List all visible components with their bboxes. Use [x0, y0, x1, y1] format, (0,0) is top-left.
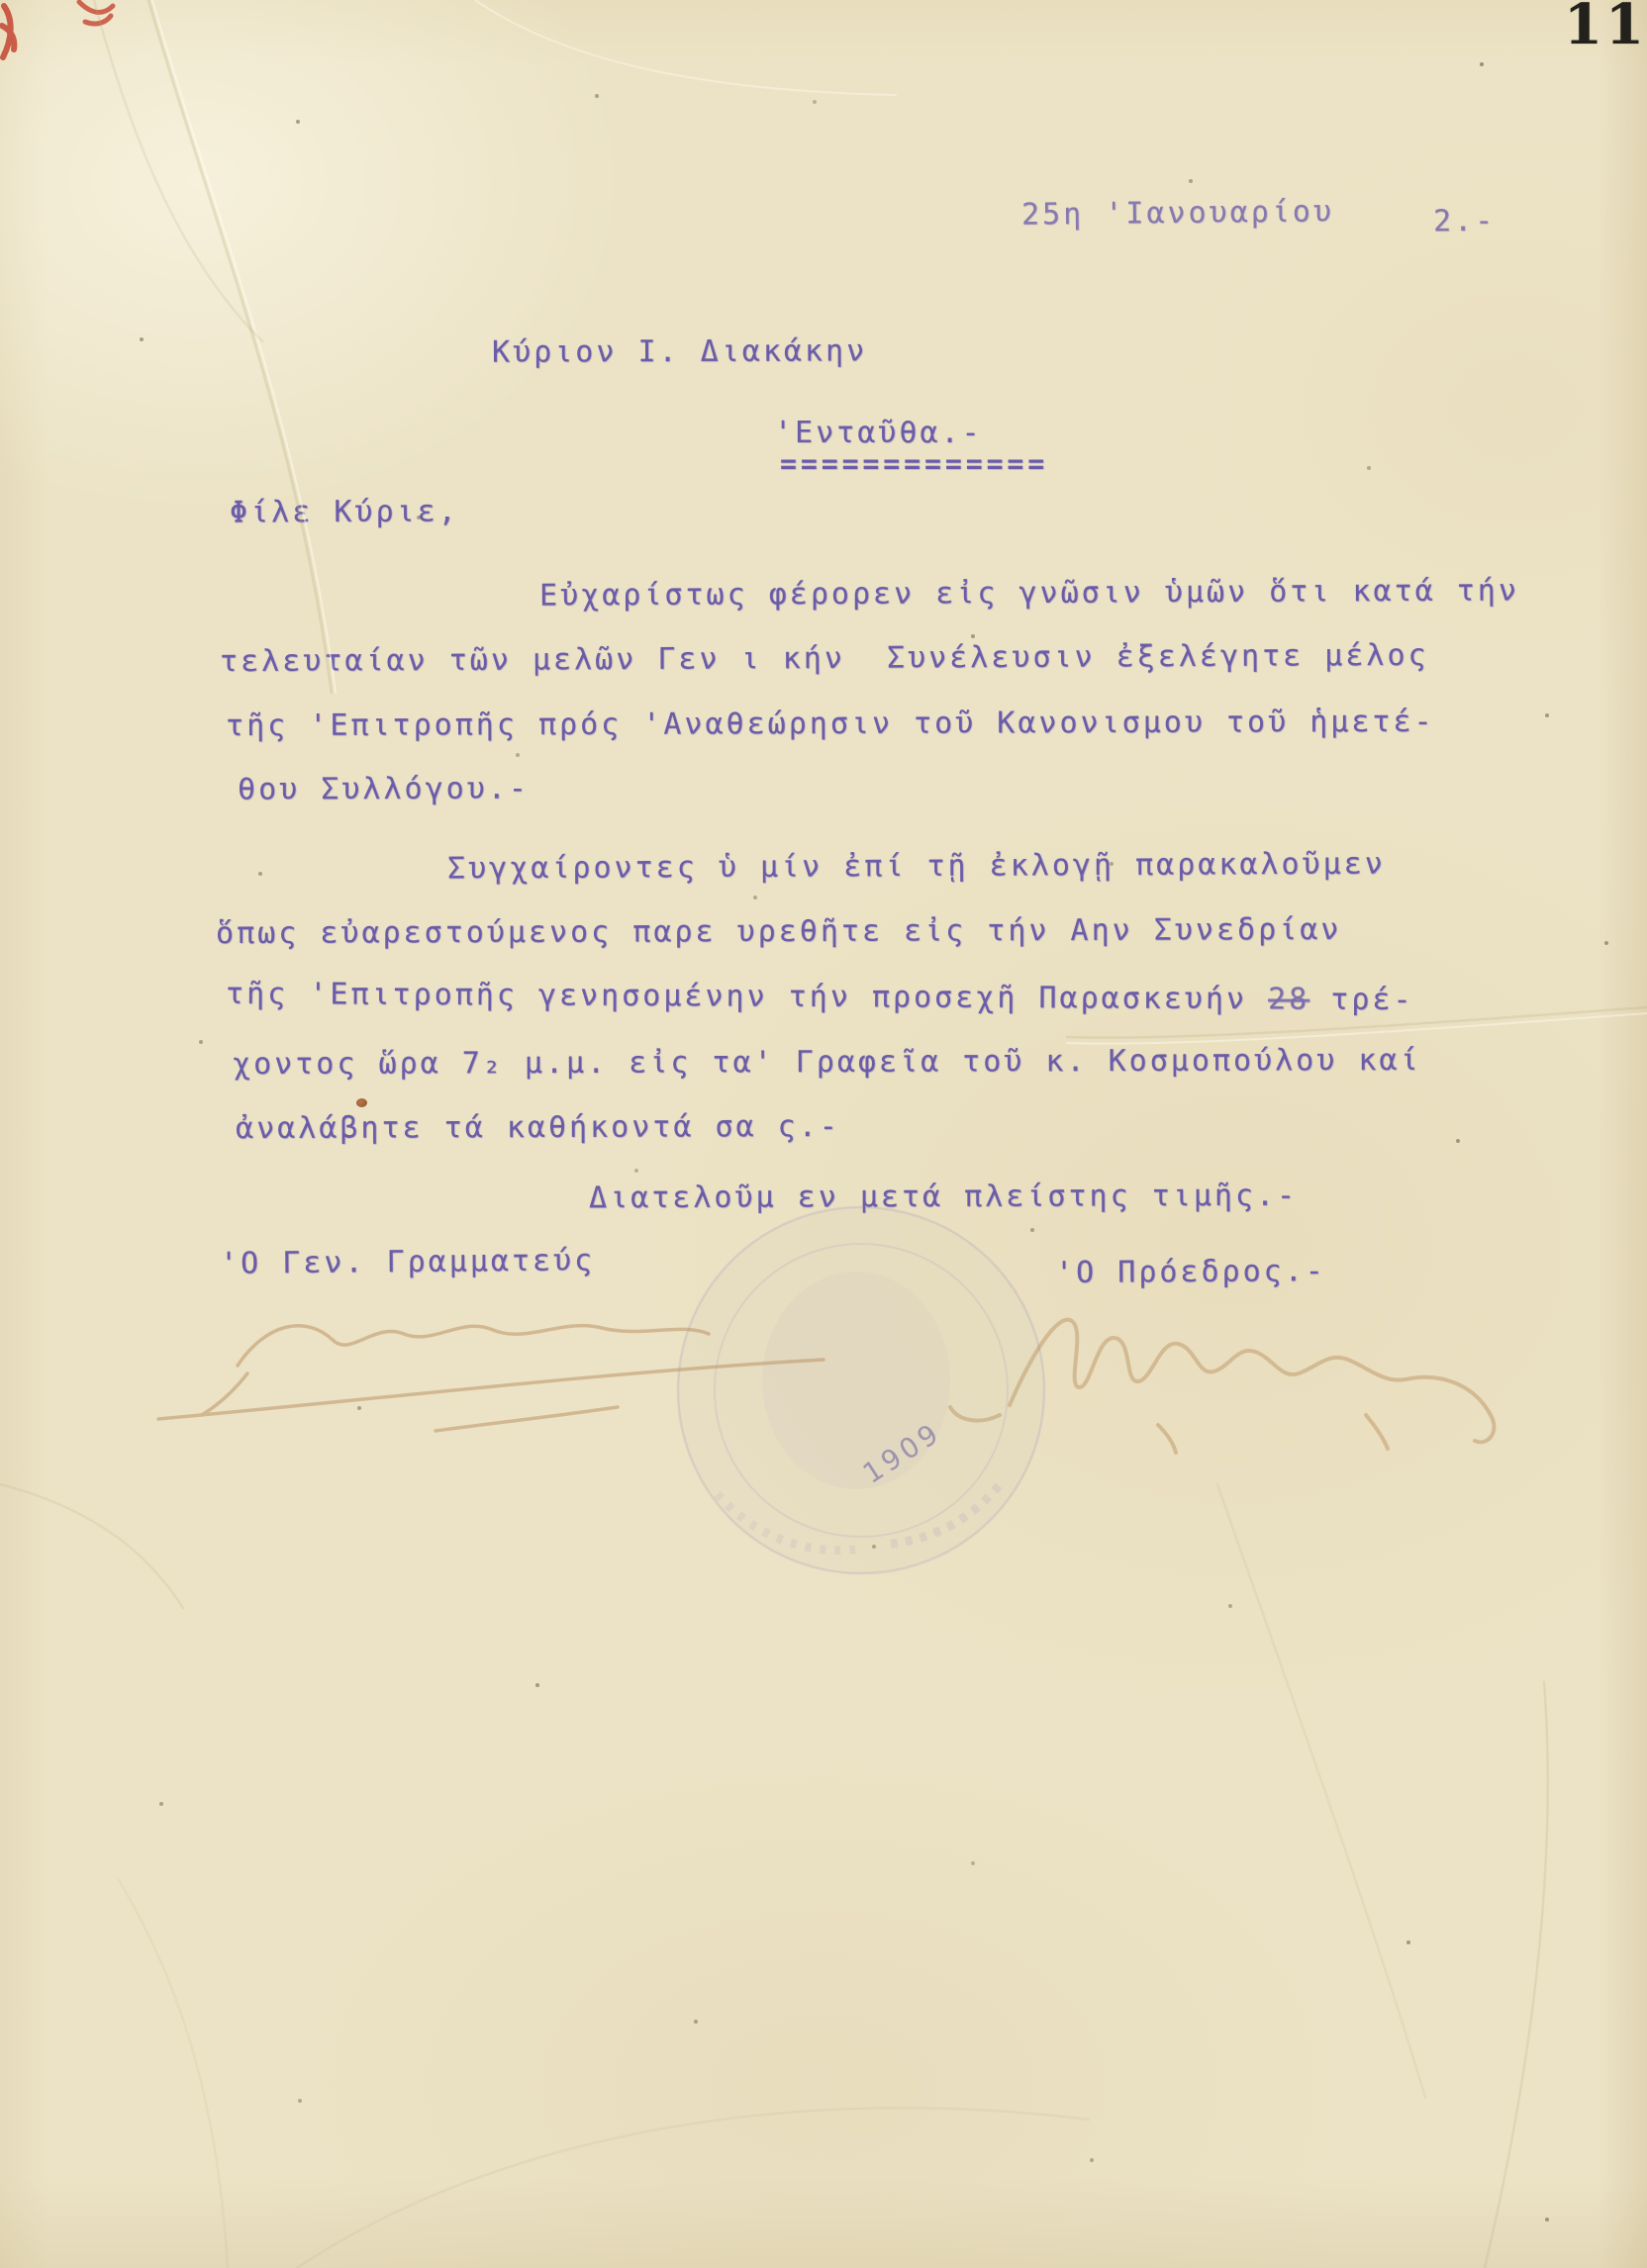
body-line: τῆς 'Επιτροπῆς πρός 'Αναθεώρησιν τοῦ Καν…	[226, 705, 1435, 743]
body-line: Συγχαίροντες ὑ μίν ἐπί τῇ ἐκλογῇ παρακαλ…	[447, 847, 1386, 887]
body-line: τῆς 'Επιτροπῆς γενησομένην τήν προσεχῆ Π…	[226, 977, 1414, 1017]
body-line: ἀναλάβητε τά καθήκοντά σα ς.-	[236, 1109, 840, 1146]
date-line: 25η 'Ιανουαρίου	[1021, 194, 1334, 232]
paper-specks	[0, 0, 2, 2]
body-line: τελευταίαν τῶν μελῶν Γεν ι κήν Συνέλευσι…	[220, 638, 1429, 679]
recipient-divider: =============	[780, 447, 1048, 480]
closing-line: Διατελοῦμ εν μετά πλείστης τιμῆς.-	[589, 1179, 1298, 1215]
struck-date: 28	[1268, 982, 1309, 1016]
date-suffix: 2.-	[1433, 204, 1497, 239]
letter-page: 11 25η 'Ιανουαρίου 2.- Κύριον Ι. Διακάκη…	[0, 0, 1647, 2268]
body-line-text: τρέ-	[1309, 983, 1413, 1018]
red-edge-mark	[0, 0, 139, 79]
rust-stain	[356, 1098, 367, 1107]
body-line: χοντος ὥρα 7₂ μ.μ. εἰς τα' Γραφεῖα τοῦ κ…	[233, 1043, 1421, 1082]
official-seal: 1909	[643, 1197, 1099, 1593]
president-signature	[940, 1276, 1534, 1474]
secretary-signature	[139, 1296, 851, 1445]
salutation: Φίλε Κύριε,	[230, 494, 459, 529]
president-title: 'Ο Πρόεδρος.-	[1055, 1254, 1326, 1290]
body-line: θου Συλλόγου.-	[238, 771, 530, 806]
seal-year: 1909	[857, 1416, 947, 1490]
body-line: Εὐχαρίστως φέρορεν εἰς γνῶσιν ὑμῶν ὅτι κ…	[539, 573, 1519, 613]
recipient-place: 'Ενταῦθα.-	[774, 416, 983, 450]
secretary-title: 'Ο Γεν. Γραμματεύς	[220, 1243, 595, 1280]
page-number: 11	[1564, 0, 1647, 57]
body-line-text: τῆς 'Επιτροπῆς γενησομένην τήν προσεχῆ Π…	[226, 977, 1268, 1017]
recipient-name: Κύριον Ι. Διακάκην	[492, 333, 867, 369]
body-line: ὅπως εὐαρεστούμενος παρε υρεθῆτε εἰς τήν…	[216, 912, 1341, 951]
